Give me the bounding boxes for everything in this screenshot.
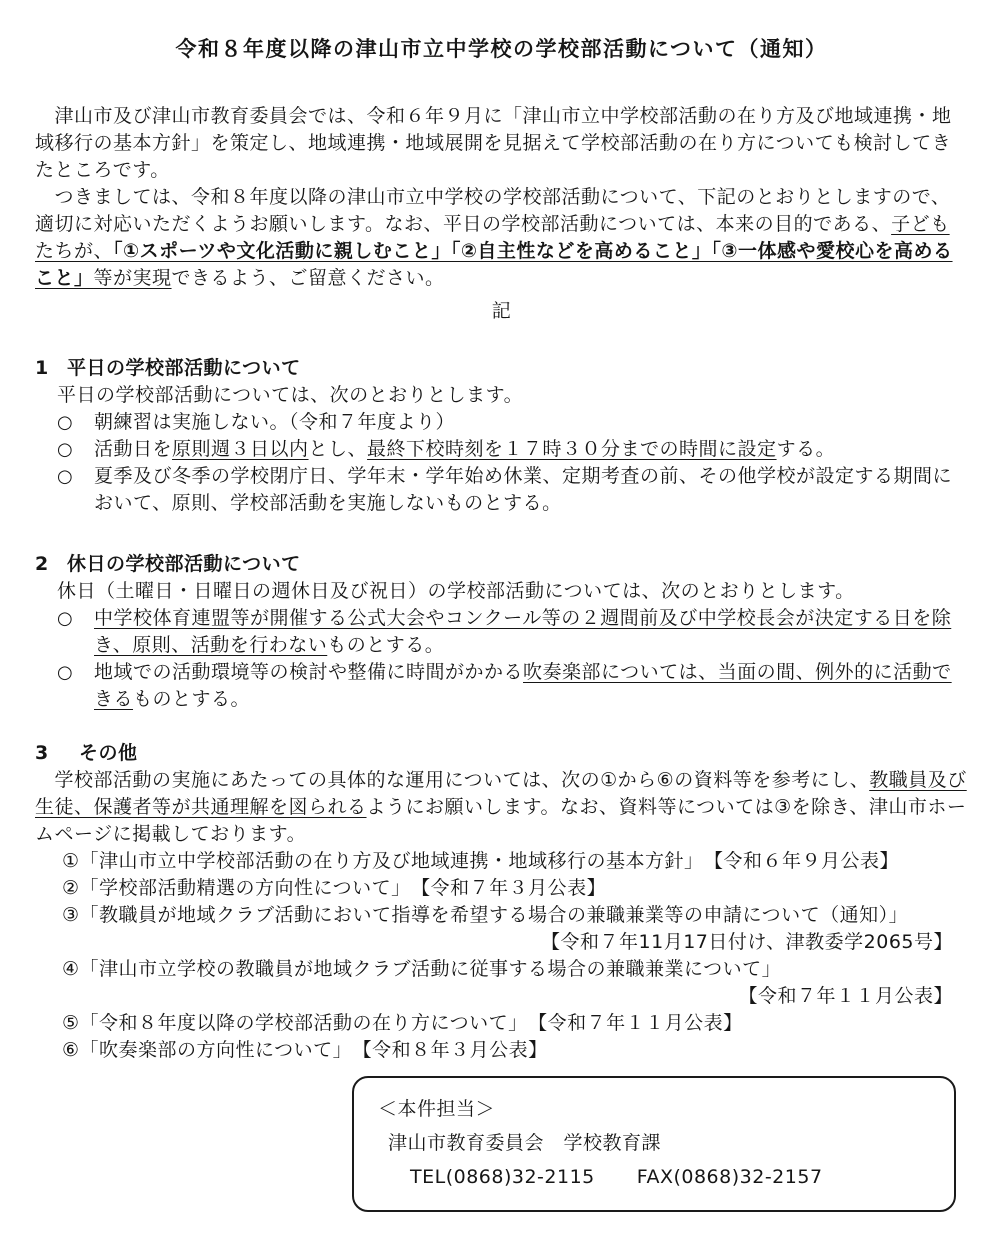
section-other: 3その他 学校部活動の実施にあたっての具体的な運用については、次の①から⑥の資料… — [35, 740, 968, 1064]
reference-item-4: ④「津山市立学校の教職員が地域クラブ活動に従事する場合の兼職兼業について」 — [62, 956, 968, 983]
section-weekday-activities: 1平日の学校部活動について 平日の学校部活動については、次のとおりとします。 ○… — [35, 355, 968, 517]
reference-item-6: ⑥「吹奏楽部の方向性について」 【令和８年３月公表】 — [62, 1037, 968, 1064]
contact-fax: FAX(0868)32-2157 — [637, 1166, 823, 1188]
bullet-text: 地域での活動環境等の検討や整備に時間がかかる吹奏楽部については、当面の間、例外的… — [94, 659, 968, 713]
section-2-heading: 2休日の学校部活動について — [35, 551, 968, 578]
section-3-heading: 3その他 — [35, 740, 968, 767]
bullet-item: ○ 地域での活動環境等の検討や整備に時間がかかる吹奏楽部については、当面の間、例… — [57, 659, 968, 713]
bullet-text: 中学校体育連盟等が開催する公式大会やコンクール等の２週間前及び中学校長会が決定す… — [94, 605, 968, 659]
section-2-number: 2 — [35, 551, 53, 578]
contact-label: ＜本件担当＞ — [378, 1092, 936, 1126]
section-3-paragraph: 学校部活動の実施にあたっての具体的な運用については、次の①から⑥の資料等を参考に… — [35, 767, 968, 848]
contact-box: ＜本件担当＞ 津山市教育委員会 学校教育課 TEL(0868)32-2115FA… — [352, 1076, 956, 1212]
contact-tel: TEL(0868)32-2115 — [410, 1166, 595, 1188]
reference-item-4-date: 【令和７年１１月公表】 — [62, 983, 968, 1010]
intro-paragraph-2: つきましては、令和８年度以降の津山市立中学校の学校部活動について、下記のとおりと… — [35, 184, 968, 292]
section-2-title: 休日の学校部活動について — [67, 553, 301, 575]
contact-phone-line: TEL(0868)32-2115FAX(0868)32-2157 — [378, 1160, 936, 1194]
reference-item-2: ②「学校部活動精選の方向性について」 【令和７年３月公表】 — [62, 875, 968, 902]
circle-bullet-marker: ○ — [57, 659, 94, 713]
reference-item-list: ①「津山市立中学校部活動の在り方及び地域連携・地域移行の基本方針」 【令和６年９… — [35, 848, 968, 1064]
bullet-text: 活動日を原則週３日以内とし、最終下校時刻を１７時３０分までの時間に設定する。 — [94, 436, 968, 463]
reference-item-1: ①「津山市立中学校部活動の在り方及び地域連携・地域移行の基本方針」 【令和６年９… — [62, 848, 968, 875]
reference-item-3: ③「教職員が地域クラブ活動において指導を希望する場合の兼職兼業等の申請について（… — [62, 902, 968, 929]
reference-item-5: ⑤「令和８年度以降の学校部活動の在り方について」 【令和７年１１月公表】 — [62, 1010, 968, 1037]
ki-separator-label: 記 — [35, 298, 968, 325]
bullet-item: ○ 中学校体育連盟等が開催する公式大会やコンクール等の２週間前及び中学校長会が決… — [57, 605, 968, 659]
scanned-notice-page: 令和８年度以降の津山市立中学校の学校部活動について（通知） 津山市及び津山市教育… — [0, 0, 1000, 1246]
circle-bullet-marker: ○ — [57, 463, 94, 517]
section-3-title: その他 — [79, 742, 138, 764]
document-title: 令和８年度以降の津山市立中学校の学校部活動について（通知） — [35, 36, 968, 63]
reference-item-3-date: 【令和７年11月17日付け、津教委学2065号】 — [62, 929, 968, 956]
section-1-title: 平日の学校部活動について — [67, 357, 301, 379]
bullet-item: ○ 活動日を原則週３日以内とし、最終下校時刻を１７時３０分までの時間に設定する。 — [57, 436, 968, 463]
section-1-intro: 平日の学校部活動については、次のとおりとします。 — [57, 382, 968, 409]
section-3-number: 3 — [35, 740, 53, 767]
contact-organization: 津山市教育委員会 学校教育課 — [378, 1126, 936, 1160]
section-1-number: 1 — [35, 355, 53, 382]
bullet-item: ○ 夏季及び冬季の学校閉庁日、学年末・学年始め休業、定期考査の前、その他学校が設… — [57, 463, 968, 517]
section-holiday-activities: 2休日の学校部活動について 休日（土曜日・日曜日の週休日及び祝日）の学校部活動に… — [35, 551, 968, 713]
circle-bullet-marker: ○ — [57, 436, 94, 463]
bullet-text: 夏季及び冬季の学校閉庁日、学年末・学年始め休業、定期考査の前、その他学校が設定す… — [94, 463, 968, 517]
bullet-text: 朝練習は実施しない。（令和７年度より） — [94, 409, 968, 436]
section-2-intro: 休日（土曜日・日曜日の週休日及び祝日）の学校部活動については、次のとおりとします… — [57, 578, 968, 605]
circle-bullet-marker: ○ — [57, 409, 94, 436]
circle-bullet-marker: ○ — [57, 605, 94, 659]
intro-block: 津山市及び津山市教育委員会では、令和６年９月に「津山市立中学校部活動の在り方及び… — [35, 103, 968, 292]
bullet-item: ○ 朝練習は実施しない。（令和７年度より） — [57, 409, 968, 436]
section-1-heading: 1平日の学校部活動について — [35, 355, 968, 382]
intro-paragraph-1: 津山市及び津山市教育委員会では、令和６年９月に「津山市立中学校部活動の在り方及び… — [35, 103, 968, 184]
